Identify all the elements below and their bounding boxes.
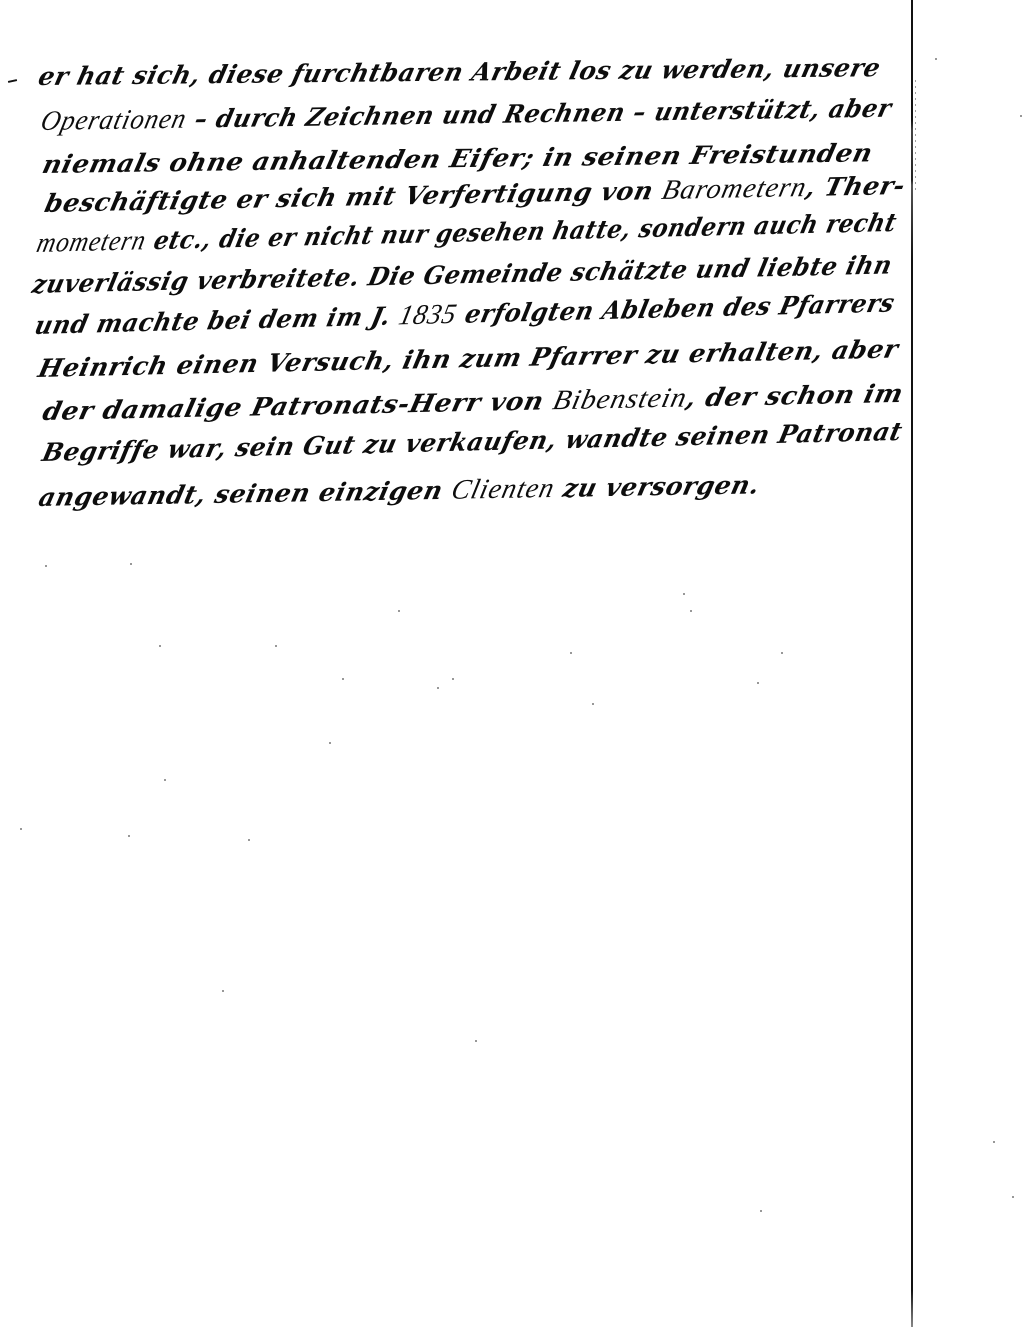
scan-speckle [993,1141,995,1143]
scan-speckle [690,610,692,612]
latin-script-word: Clienten [448,473,558,506]
manuscript-page: er hat sich, diese furchtbaren Arbeit lo… [0,0,1030,1327]
latin-script-word: mometern [34,225,150,259]
scan-speckle [592,703,594,705]
manuscript-line: mometern etc., die er nicht nur gesehen … [34,209,899,258]
scan-speckle [570,652,572,654]
latin-script-word: Operationen [38,104,190,137]
scan-speckle [437,687,439,689]
scan-speckle [757,682,759,684]
scan-speckle [164,779,166,781]
scan-speckle [159,645,161,647]
right-margin-rule [911,0,913,1327]
scan-speckle [760,1210,762,1212]
scan-speckle [248,839,250,841]
handwritten-text-block: er hat sich, diese furchtbaren Arbeit lo… [0,0,910,560]
scan-speckle [398,610,400,612]
scan-speckle [20,828,22,830]
scan-speckle [1012,1196,1014,1198]
scan-speckle [45,565,47,567]
manuscript-line: Heinrich einen Versuch, ihn zum Pfarrer … [36,336,901,381]
manuscript-line: und machte bei dem im J. 1835 erfolgten … [32,289,897,340]
scan-speckle [452,678,454,680]
scan-speckle [1020,115,1022,117]
latin-script-word: Bibenstein [550,382,690,416]
scan-speckle [683,593,685,595]
manuscript-line: er hat sich, diese furchtbaren Arbeit lo… [36,55,902,89]
manuscript-line: Operationen – durch Zeichnen und Rechnen… [38,95,894,136]
scan-speckle [935,58,937,60]
manuscript-line: angewandt, seinen einzigen Clienten zu v… [36,471,763,512]
scan-speckle [130,563,132,565]
scan-speckle [128,835,130,837]
scan-speckle [475,1040,477,1042]
manuscript-line: Begriffe war, sein Gut zu verkaufen, wan… [40,419,905,465]
margin-rule-dots [915,80,916,190]
scan-speckle [275,645,277,647]
scan-speckle [781,652,783,654]
latin-script-word: 1835 [396,299,460,332]
scan-speckle [222,990,224,992]
scan-speckle [329,742,331,744]
latin-script-word: Barometern [659,172,810,206]
manuscript-line: niemals ohne anhaltenden Eifer; in seine… [40,140,875,177]
manuscript-line: zuverlässig verbreitete. Die Gemeinde sc… [30,252,895,297]
scan-speckle [342,678,344,680]
